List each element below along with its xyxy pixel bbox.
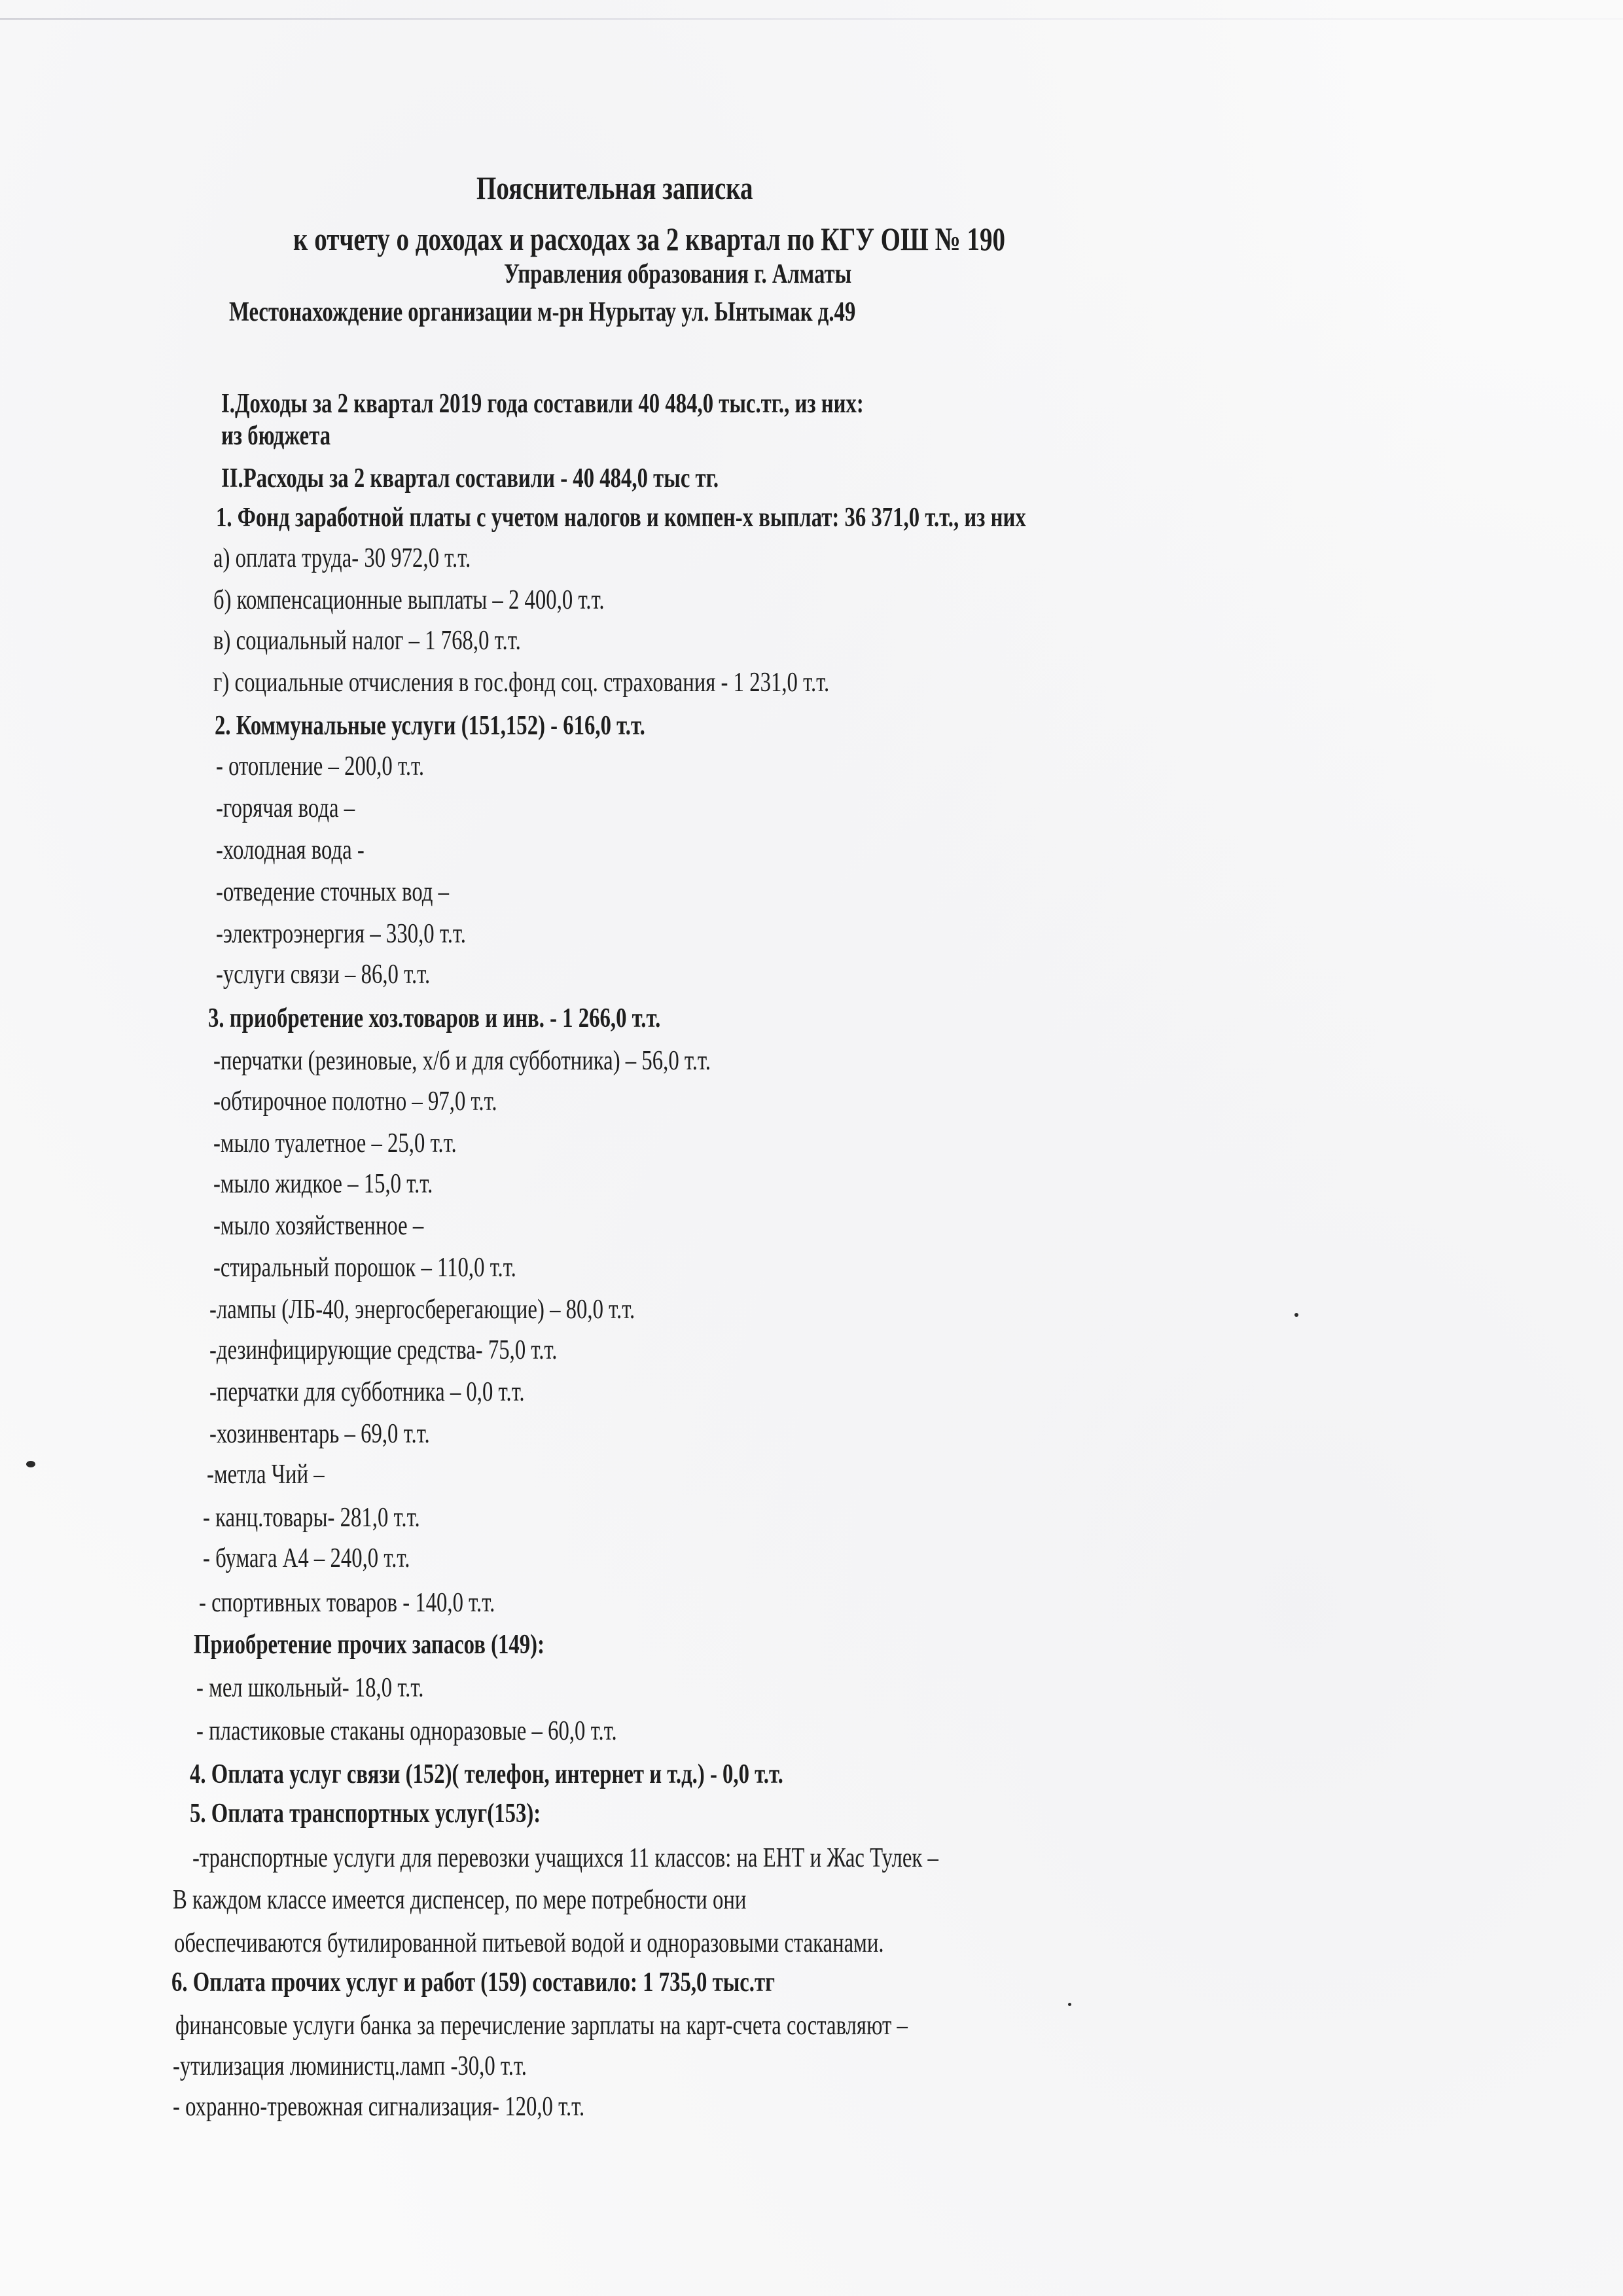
list-item: -дезинфицирующие средства- 75,0 т.т. [209,1336,557,1364]
list-item: -холодная вода - [216,836,365,864]
list-item: -горячая вода – [216,795,355,822]
section-heading: 2. Коммунальные услуги (151,152) - 616,0… [215,712,645,740]
list-item: -транспортные услуги для перевозки учащи… [192,1844,938,1872]
department-line: Управления образования г. Алматы [504,260,851,288]
section-heading: 4. Оплата услуг связи (152)( телефон, ин… [190,1761,783,1788]
scan-edge [0,18,1623,20]
list-item: - мел школьный- 18,0 т.т. [196,1674,423,1702]
list-item: -услуги связи – 86,0 т.т. [216,961,430,988]
list-item: -перчатки для субботника – 0,0 т.т. [209,1378,525,1406]
section-heading: Приобретение прочих запасов (149): [194,1631,544,1659]
list-item: -хозинвентарь – 69,0 т.т. [209,1420,430,1448]
income-heading: I.Доходы за 2 квартал 2019 года составил… [221,390,864,418]
section-heading: 3. приобретение хоз.товаров и инв. - 1 2… [208,1005,660,1032]
list-item: В каждом классе имеется диспенсер, по ме… [173,1886,746,1914]
list-item: б) компенсационные выплаты – 2 400,0 т.т… [213,586,605,614]
document-subtitle: к отчету о доходах и расходах за 2 кварт… [293,223,1005,255]
list-item: -лампы (ЛБ-40, энергосберегающие) – 80,0… [209,1296,635,1323]
document-title: Пояснительная записка [476,171,753,204]
list-item: финансовые услуги банка за перечисление … [175,2012,908,2039]
expenses-heading: II.Расходы за 2 квартал составили - 40 4… [221,465,719,492]
list-item: -мыло жидкое – 15,0 т.т. [213,1170,433,1198]
list-item: -метла Чий – [207,1461,325,1488]
income-source: из бюджета [221,422,330,450]
list-item: а) оплата труда- 30 972,0 т.т. [213,545,471,572]
list-item: -отведение сточных вод – [216,878,449,906]
section-heading: 5. Оплата транспортных услуг(153): [190,1800,541,1827]
list-item: - канц.товары- 281,0 т.т. [203,1504,420,1532]
section-heading: 1. Фонд заработной платы с учетом налого… [216,504,1026,531]
scan-speck [1294,1313,1298,1317]
location-line: Местонахождение организации м-рн Нурытау… [229,298,855,326]
scan-speck [26,1461,35,1467]
section-heading: 6. Оплата прочих услуг и работ (159) сос… [171,1969,775,1996]
list-item: - пластиковые стаканы одноразовые – 60,0… [196,1717,617,1745]
list-item: -мыло хозяйственное – [213,1212,423,1240]
scanned-page: Пояснительная записка к отчету о доходах… [0,0,1623,2296]
list-item: - бумага А4 – 240,0 т.т. [203,1545,410,1572]
list-item: -электроэнергия – 330,0 т.т. [216,920,466,948]
list-item: - спортивных товаров - 140,0 т.т. [199,1589,495,1617]
list-item: - отопление – 200,0 т.т. [216,753,424,780]
list-item: г) социальные отчисления в гос.фонд соц.… [213,669,829,696]
scan-speck [1068,2003,1071,2006]
list-item: -стиральный порошок – 110,0 т.т. [213,1254,516,1282]
list-item: -обтирочное полотно – 97,0 т.т. [213,1088,497,1115]
list-item: обеспечиваются бутилированной питьевой в… [174,1929,884,1957]
list-item: -перчатки (резиновые, х/б и для субботни… [213,1047,711,1075]
list-item: в) социальный налог – 1 768,0 т.т. [213,627,521,655]
list-item: - охранно-тревожная сигнализация- 120,0 … [173,2093,584,2121]
list-item: -мыло туалетное – 25,0 т.т. [213,1130,457,1157]
list-item: -утилизация люминистц.ламп -30,0 т.т. [173,2053,527,2080]
